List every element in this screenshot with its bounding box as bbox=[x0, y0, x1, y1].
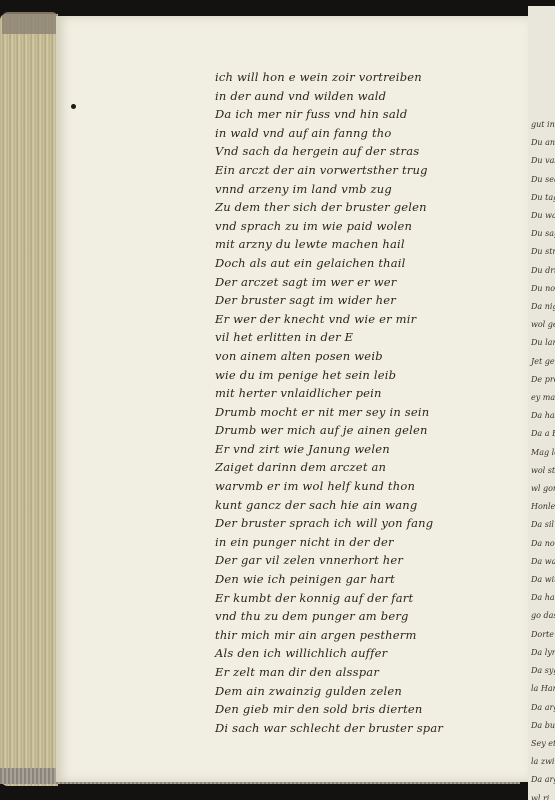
manuscript-line: Da ich mer nir fuss vnd hin sald bbox=[215, 105, 455, 124]
manuscript-line: Zu dem ther sich der bruster gelen bbox=[215, 198, 455, 217]
facing-page-line: Du sea bbox=[528, 171, 555, 189]
facing-page-line: wol ster bbox=[528, 462, 555, 480]
manuscript-line: wie du im penige het sein leib bbox=[215, 366, 455, 385]
facing-page-line: Da bufy bbox=[528, 717, 555, 735]
manuscript-line: kunt gancz der sach hie ain wang bbox=[215, 496, 455, 515]
facing-page-line: Honlerny bbox=[528, 498, 555, 516]
facing-page-line: Da syg bbox=[528, 662, 555, 680]
manuscript-line: Di sach war schlecht der bruster spar bbox=[215, 719, 455, 738]
manuscript-line: Vnd sach da hergein auf der stras bbox=[215, 142, 455, 161]
manuscript-line: Ein arczt der ain vorwertsther trug bbox=[215, 161, 455, 180]
manuscript-line: Doch als aut ein gelaichen thail bbox=[215, 254, 455, 273]
manuscript-line: Er kumbt der konnig auf der fart bbox=[215, 589, 455, 608]
manuscript-line: Der gar vil zelen vnnerhort her bbox=[215, 551, 455, 570]
manuscript-line: Der bruster sprach ich will yon fang bbox=[215, 514, 455, 533]
manuscript-line: Dem ain zwainzig gulden zelen bbox=[215, 682, 455, 701]
facing-page-line: Da lyn bbox=[528, 644, 555, 662]
facing-page-line: Du tag bbox=[528, 189, 555, 207]
manuscript-line: mit herter vnlaidlicher pein bbox=[215, 384, 455, 403]
page-stack-top bbox=[2, 12, 58, 34]
facing-page-line: Sey et w bbox=[528, 735, 555, 753]
facing-page-line: Da not bbox=[528, 535, 555, 553]
manuscript-line: Den gieb mir den sold bris dierten bbox=[215, 700, 455, 719]
manuscript-line: Zaiget darinn dem arczet an bbox=[215, 458, 455, 477]
facing-page-line: Da wit bbox=[528, 571, 555, 589]
manuscript-line: von ainem alten posen weib bbox=[215, 347, 455, 366]
facing-page-line: Du not bbox=[528, 280, 555, 298]
manuscript-line: Den wie ich peinigen gar hart bbox=[215, 570, 455, 589]
facing-page-line: Du stro bbox=[528, 243, 555, 261]
facing-page-line: Du sag bbox=[528, 225, 555, 243]
facing-page-line: Da nig bbox=[528, 298, 555, 316]
manuscript-line: Drumb wer mich auf je ainen gelen bbox=[215, 421, 455, 440]
facing-page-line: Da sil bbox=[528, 516, 555, 534]
facing-page-line: Da a B bbox=[528, 425, 555, 443]
manuscript-line: vnd sprach zu im wie paid wolen bbox=[215, 217, 455, 236]
facing-page-line: Mag ley bbox=[528, 444, 555, 462]
manuscript-line: thir mich mir ain argen pestherm bbox=[215, 626, 455, 645]
manuscript-line: mit arzny du lewte machen hail bbox=[215, 235, 455, 254]
facing-page-line: la Harsfo bbox=[528, 680, 555, 698]
facing-page-line: Du ann bbox=[528, 134, 555, 152]
manuscript-line: Er wer der knecht vnd wie er mir bbox=[215, 310, 455, 329]
facing-page-line: wl gorg bbox=[528, 480, 555, 498]
facing-page-line: Dorte bbox=[528, 626, 555, 644]
manuscript-line: Der arczet sagt im wer er wer bbox=[215, 273, 455, 292]
manuscript-line: ich will hon e wein zoir vortreiben bbox=[215, 68, 455, 87]
manuscript-line: Er vnd zirt wie Janung welen bbox=[215, 440, 455, 459]
facing-page-line: wol gert bbox=[528, 316, 555, 334]
facing-page-line: Du war bbox=[528, 207, 555, 225]
facing-page-line: Da argt bbox=[528, 699, 555, 717]
facing-page-line: Du vas bbox=[528, 152, 555, 170]
manuscript-line: vnd thu zu dem punger am berg bbox=[215, 607, 455, 626]
manuscript-line: in der aund vnd wilden wald bbox=[215, 87, 455, 106]
facing-page-line: gut in bbox=[528, 116, 555, 134]
facing-page-text: gut inDu annDu vasDu seaDu tagDu warDu s… bbox=[528, 116, 555, 800]
facing-page-line: Da argy bbox=[528, 771, 555, 789]
facing-page-line: wl ri bbox=[528, 790, 555, 800]
manuscript-line: Er zelt man dir den alsspar bbox=[215, 663, 455, 682]
facing-page-line: ey ma bbox=[528, 389, 555, 407]
facing-page-line: la zwim bbox=[528, 753, 555, 771]
facing-page-line: go das bbox=[528, 607, 555, 625]
manuscript-line: warvmb er im wol helf kund thon bbox=[215, 477, 455, 496]
facing-page-line: Du drt bbox=[528, 262, 555, 280]
manuscript-line: Der bruster sagt im wider her bbox=[215, 291, 455, 310]
page-edge-stack bbox=[0, 14, 58, 786]
binding-hole bbox=[71, 104, 76, 109]
manuscript-line: in ein punger nicht in der der bbox=[215, 533, 455, 552]
manuscript-text-block: ich will hon e wein zoir vortreibenin de… bbox=[215, 68, 455, 737]
facing-page-line: Jet gep bbox=[528, 353, 555, 371]
manuscript-line: Als den ich willichlich auffer bbox=[215, 644, 455, 663]
facing-page-line: Da wal bbox=[528, 553, 555, 571]
manuscript-line: vnnd arzeny im land vmb zug bbox=[215, 180, 455, 199]
manuscript-line: Drumb mocht er nit mer sey in sein bbox=[215, 403, 455, 422]
facing-page: gut inDu annDu vasDu seaDu tagDu warDu s… bbox=[528, 6, 555, 800]
manuscript-line: in wald vnd auf ain fanng tho bbox=[215, 124, 455, 143]
manuscript-line: vil het erlitten in der E bbox=[215, 328, 455, 347]
facing-page-line: Da hat bbox=[528, 589, 555, 607]
facing-page-line: Du lan bbox=[528, 334, 555, 352]
facing-page-line: De prom bbox=[528, 371, 555, 389]
facing-page-line: Da hast bbox=[528, 407, 555, 425]
